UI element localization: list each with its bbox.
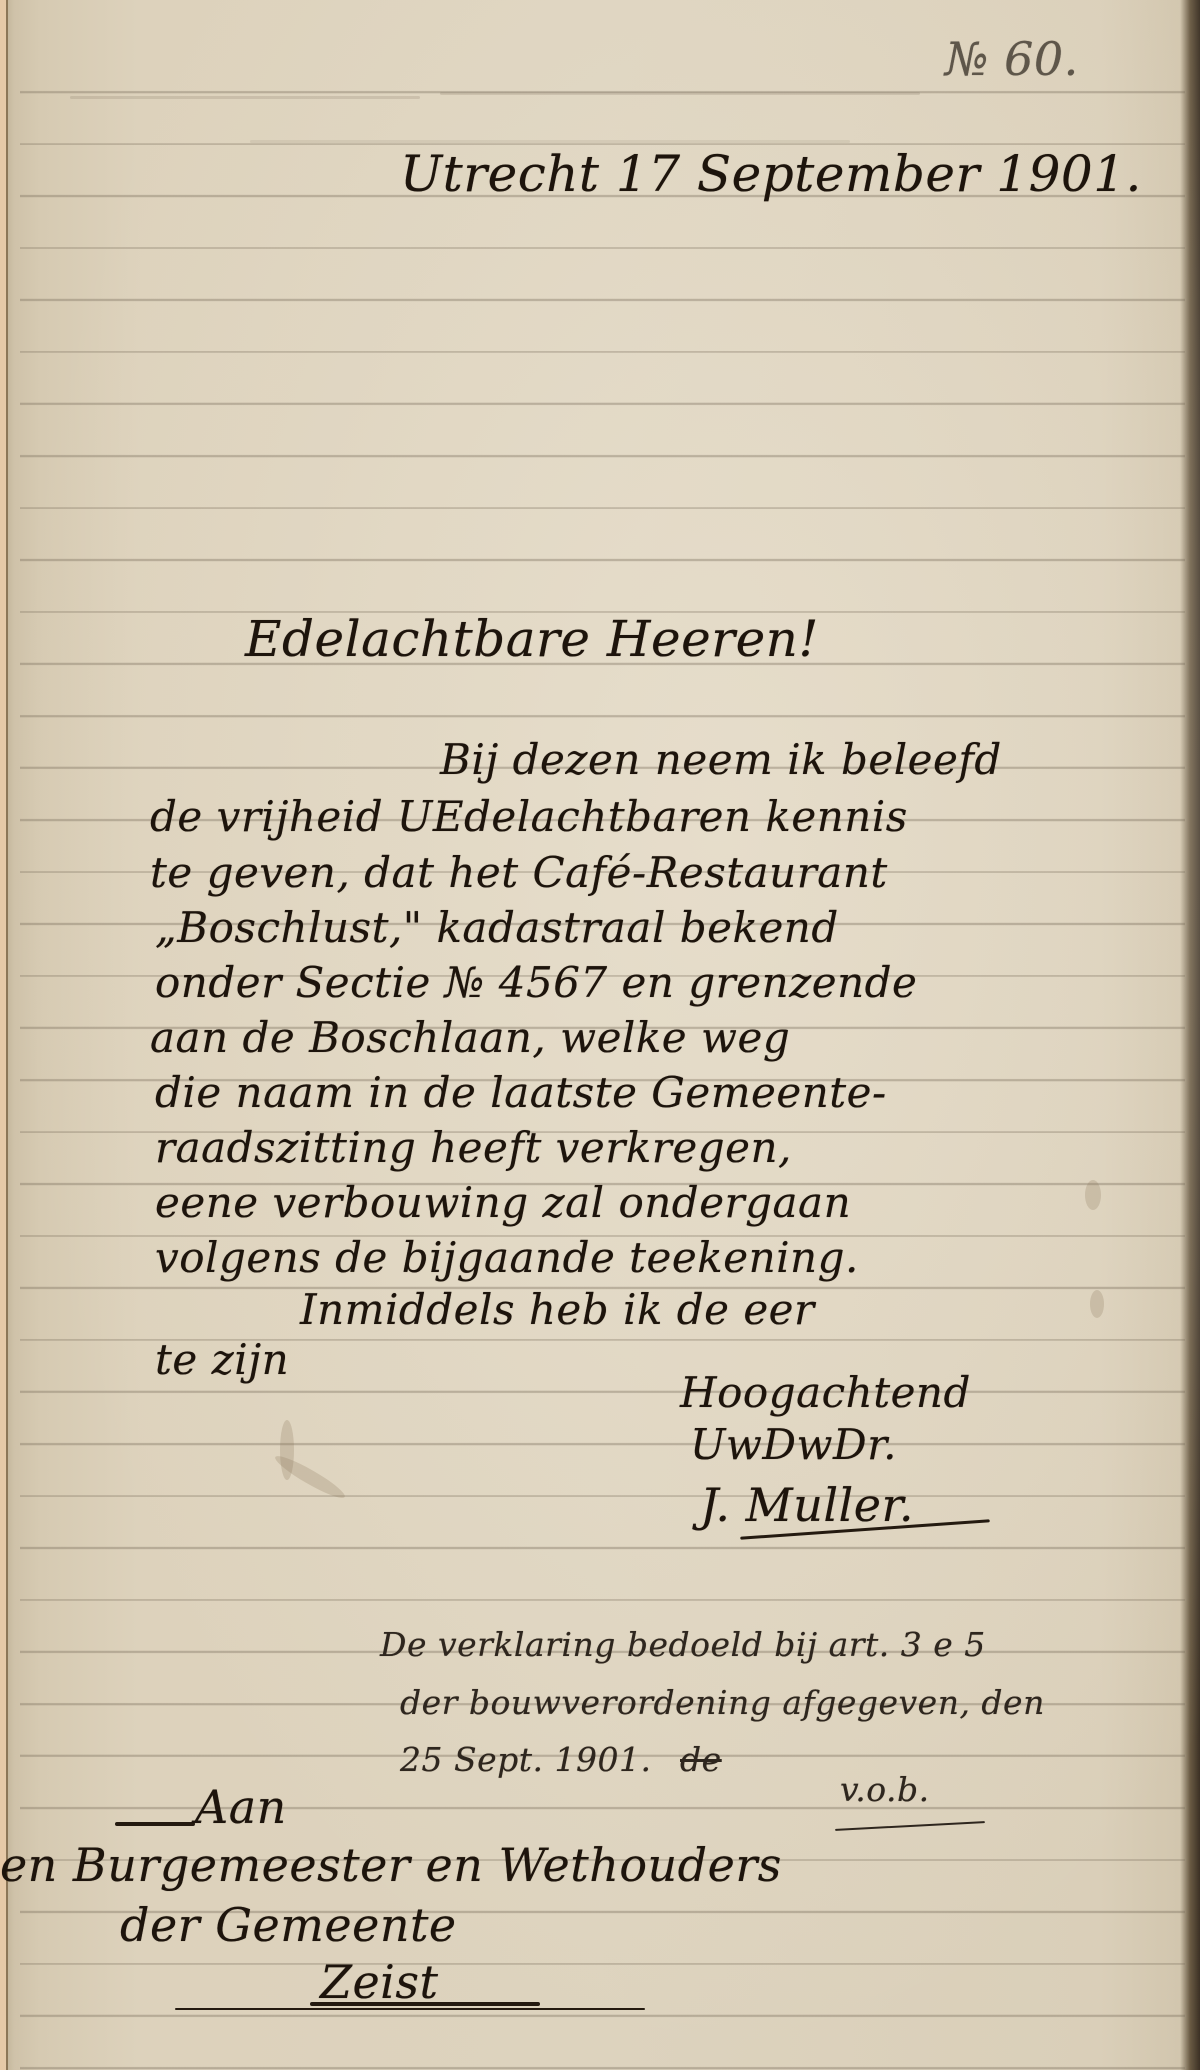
body-line: Inmiddels heb ik de eer (300, 1285, 815, 1334)
bleed-through-mark (250, 140, 850, 143)
place-date: Utrecht 17 September 1901. (400, 145, 1142, 203)
bleed-through-mark (440, 92, 920, 95)
body-line: volgens de bijgaande teekening. (155, 1233, 859, 1282)
closing-uwdwdr: UwDwDr. (690, 1420, 897, 1469)
letter-page: № 60. Utrecht 17 September 1901. Edelach… (0, 0, 1200, 2070)
body-line: aan de Boschlaan, welke weg (150, 1013, 790, 1062)
page-left-edge (0, 0, 8, 2070)
addressee-zeist: Zeist (320, 1955, 439, 2009)
annotation-line: De verklaring bedoeld bij art. 3 e 5 (380, 1625, 986, 1664)
addressee-burgemeester: den Burgemeester en Wethouders (0, 1838, 782, 1892)
closing-hoogachtend: Hoogachtend (680, 1368, 971, 1417)
body-line: Bij dezen neem ik beleefd (440, 735, 1002, 784)
addressee-aan: Aan (195, 1780, 287, 1834)
body-line: te geven, dat het Café-Restaurant (150, 848, 888, 897)
annotation-struck-word: de (680, 1740, 722, 1779)
signature: J. Muller. (700, 1478, 914, 1532)
salutation: Edelachtbare Heeren! (245, 610, 819, 668)
body-line: te zijn (155, 1335, 289, 1384)
bleed-through-mark (70, 96, 420, 99)
body-line: eene verbouwing zal ondergaan (155, 1178, 851, 1227)
body-line: raadszitting heeft verkregen, (155, 1123, 792, 1172)
annotation-line: der bouwverordening afgegeven, den (400, 1683, 1045, 1722)
zeist-underline (310, 2002, 540, 2006)
archive-number: № 60. (945, 32, 1079, 86)
body-line: de vrijheid UEdelachtbaren kennis (150, 792, 908, 841)
annotation-initials: v.o.b. (840, 1770, 930, 1809)
ink-stain (1090, 1290, 1104, 1318)
aan-flourish (115, 1822, 195, 1826)
body-line: die naam in de laatste Gemeente- (155, 1068, 887, 1117)
annotation-line: 25 Sept. 1901. (400, 1740, 651, 1779)
body-line: onder Sectie № 4567 en grenzende (155, 958, 917, 1007)
body-line: „Boschlust," kadastraal bekend (155, 903, 839, 952)
addressee-gemeente: der Gemeente (120, 1898, 457, 1952)
ink-stain (1085, 1180, 1101, 1210)
addressee-baseline (175, 2008, 645, 2010)
